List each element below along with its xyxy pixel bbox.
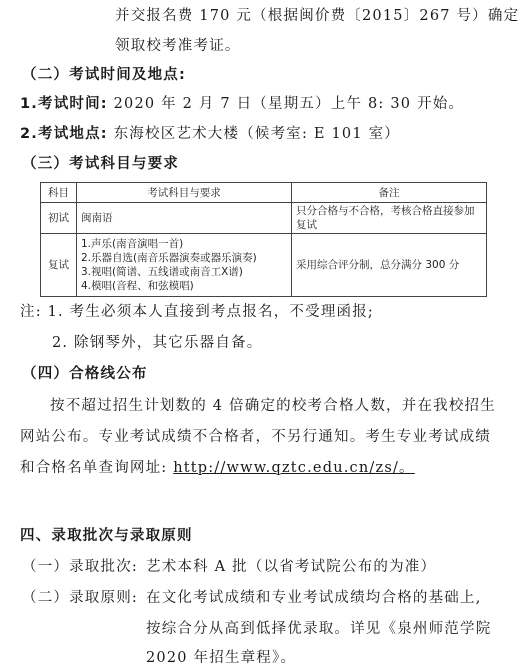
exam-subjects-table: 科目 考试科目与要求 备注 初试 闽南语 只分合格与不合格，考核合格直接参加复试… xyxy=(40,182,487,297)
exam-time-label: 1.考试时间: xyxy=(20,96,108,112)
table-row: 复试 1.声乐(南音演唱一首) 2.乐器自选(南音乐器演奏或器乐演奏) 3.视唱… xyxy=(41,234,487,297)
note-1: 注: 1. 考生必须本人直接到考点报名，不受理函报; xyxy=(20,302,374,322)
content-item: 2.乐器自选(南音乐器演奏或器乐演奏) xyxy=(81,251,287,265)
url-prefix: 和合格名单查询网址: xyxy=(20,460,173,476)
fee-line: 并交报名费 170 元（根据闽价费〔2015〕267 号）确定), xyxy=(115,6,520,26)
exam-place-value: 东海校区艺术大楼（候考室: E 101 室） xyxy=(108,126,400,142)
note-2: 2. 除钢琴外，其它乐器自备。 xyxy=(52,333,262,353)
section-2-title: （二）考试时间及地点: xyxy=(22,65,186,85)
header-note: 备注 xyxy=(292,183,487,203)
ticket-line: 领取校考准考证。 xyxy=(115,36,241,56)
principle-label: （二）录取原则: xyxy=(22,588,138,608)
row-subject: 初试 xyxy=(41,203,77,234)
row-content: 1.声乐(南音演唱一首) 2.乐器自选(南音乐器演奏或器乐演奏) 3.视唱(简谱… xyxy=(77,234,292,297)
section-3-title: （三）考试科目与要求 xyxy=(22,154,179,174)
query-url-link[interactable]: http://www.qztc.edu.cn/zs/。 xyxy=(173,460,415,476)
qualify-para-1: 按不超过招生计划数的 4 倍确定的校考合格人数，并在我校招生 xyxy=(50,396,496,416)
content-item: 4.模唱(音程、和弦模唱) xyxy=(81,279,287,293)
qualify-para-2: 网站公布。专业考试成绩不合格者，不另行通知。考生专业考试成绩 xyxy=(20,427,491,447)
header-subject: 科目 xyxy=(41,183,77,203)
qualify-para-3: 和合格名单查询网址: http://www.qztc.edu.cn/zs/。 xyxy=(20,458,415,478)
table-row: 初试 闽南语 只分合格与不合格，考核合格直接参加复试 xyxy=(41,203,487,234)
batch-value: 艺术本科 A 批（以省考试院公布的为准） xyxy=(146,557,436,577)
section-4-title: （四）合格线公布 xyxy=(22,364,148,384)
part-4-title: 四、录取批次与录取原则 xyxy=(20,526,193,546)
exam-time-value: 2020 年 2 月 7 日（星期五）上午 8: 30 开始。 xyxy=(108,96,464,112)
row-subject: 复试 xyxy=(41,234,77,297)
principle-line-1: 在文化考试成绩和专业考试成绩均合格的基础上, xyxy=(146,588,482,608)
row-note: 采用综合评分制，总分满分 300 分 xyxy=(292,234,487,297)
principle-line-3: 2020 年招生章程》。 xyxy=(146,648,296,666)
content-item: 1.声乐(南音演唱一首) xyxy=(81,237,287,251)
exam-place-label: 2.考试地点: xyxy=(20,126,108,142)
principle-line-2: 按综合分从高到低择优录取。详见《泉州师范学院 xyxy=(146,619,491,639)
table-header-row: 科目 考试科目与要求 备注 xyxy=(41,183,487,203)
row-content: 闽南语 xyxy=(77,203,292,234)
row-note: 只分合格与不合格，考核合格直接参加复试 xyxy=(292,203,487,234)
exam-place: 2.考试地点: 东海校区艺术大楼（候考室: E 101 室） xyxy=(20,124,400,144)
exam-time: 1.考试时间: 2020 年 2 月 7 日（星期五）上午 8: 30 开始。 xyxy=(20,94,464,114)
admission-batch: （一）录取批次: xyxy=(22,557,138,577)
header-content: 考试科目与要求 xyxy=(77,183,292,203)
content-item: 3.视唱(简谱、五线谱或南音工X谱) xyxy=(81,265,287,279)
batch-label: （一）录取批次: xyxy=(22,559,138,575)
